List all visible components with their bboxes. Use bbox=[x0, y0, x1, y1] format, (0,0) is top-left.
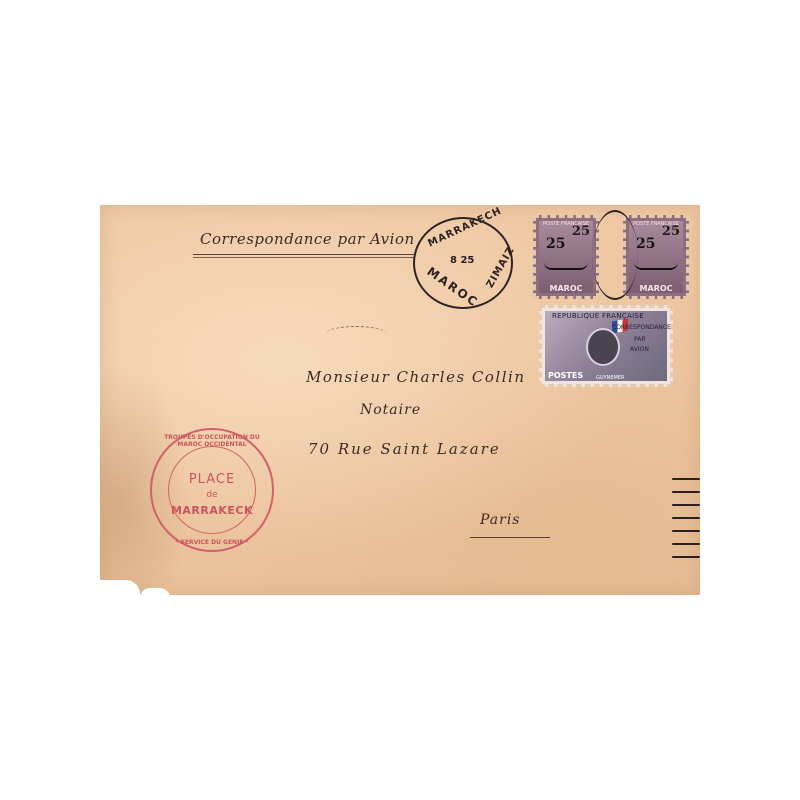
torn-edge bbox=[140, 588, 170, 598]
vignette-line2: PAR bbox=[634, 336, 646, 343]
cachet-de: de bbox=[152, 490, 272, 500]
postmark-over-stamps bbox=[592, 210, 638, 300]
vignette-line1: CORRESPONDANCE bbox=[612, 324, 671, 331]
annotation-underline bbox=[193, 254, 415, 255]
faint-postmark-arc bbox=[326, 326, 386, 341]
airmail-annotation: Correspondance par Avion bbox=[200, 230, 415, 248]
postmark-date: 8 25 bbox=[450, 255, 474, 266]
torn-corner bbox=[100, 580, 140, 598]
stamp-value: 25 bbox=[662, 224, 680, 239]
address-recipient: Monsieur Charles Collin bbox=[306, 368, 525, 386]
address-street: 70 Rue Saint Lazare bbox=[308, 440, 501, 458]
cachet-arc-top: TROUPES D'OCCUPATION DU MAROC OCCIDENTAL bbox=[152, 434, 272, 448]
stamp-value: 25 bbox=[572, 224, 590, 239]
annotation-underline-2 bbox=[193, 257, 415, 258]
arabic-overprint bbox=[634, 262, 678, 270]
city-underline bbox=[470, 537, 550, 538]
address-title: Notaire bbox=[360, 402, 421, 418]
stamp-surcharge: 25 bbox=[546, 236, 565, 252]
military-cachet: TROUPES D'OCCUPATION DU MAROC OCCIDENTAL… bbox=[150, 428, 274, 552]
vignette-line3: AVION bbox=[630, 346, 649, 353]
stamp-country: MAROC bbox=[536, 284, 596, 293]
arabic-overprint bbox=[544, 262, 588, 270]
cachet-arc-bottom: * SERVICE DU GENIE * bbox=[152, 539, 272, 546]
stamp-country: MAROC bbox=[626, 284, 686, 293]
vignette-name: GUYNEMER bbox=[596, 375, 624, 381]
cachet-place: PLACE bbox=[152, 472, 272, 487]
stamp-maroc-25-1: POSTE FRANÇAISE 25 25 MAROC bbox=[533, 215, 599, 299]
airmail-vignette: REPUBLIQUE FRANÇAISE CORRESPONDANCE PAR … bbox=[539, 305, 673, 387]
address-city: Paris bbox=[480, 512, 521, 528]
stamp-surcharge: 25 bbox=[636, 236, 655, 252]
portrait-medallion bbox=[586, 328, 620, 366]
vignette-header: REPUBLIQUE FRANÇAISE bbox=[552, 312, 644, 320]
vignette-postes: POSTES bbox=[548, 371, 583, 380]
wavy-cancellation bbox=[672, 478, 700, 569]
cachet-city: MARRAKECK bbox=[152, 504, 272, 517]
